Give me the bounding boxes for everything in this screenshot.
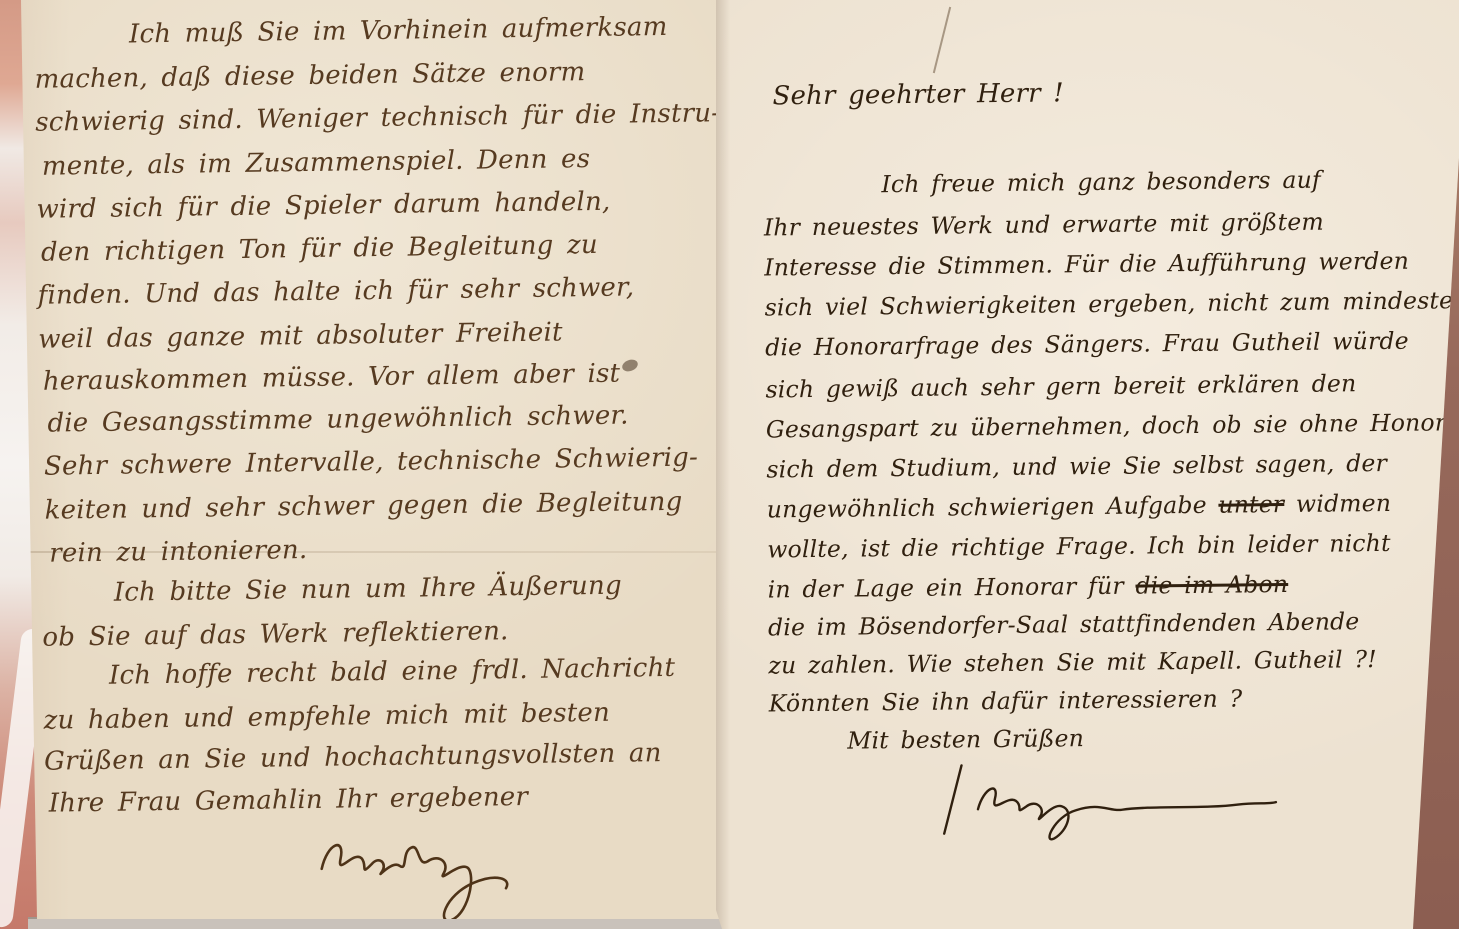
handwriting-line: sich viel Schwierigkeiten ergeben, nicht… <box>765 286 1459 321</box>
handwriting-line: zu zahlen. Wie stehen Sie mit Kapell. Gu… <box>768 645 1377 679</box>
handwriting-line: Ich bitte Sie nun um Ihre Äußerung <box>114 571 622 608</box>
line-segment: ungewöhnlich schwierigen Aufgabe <box>767 491 1207 524</box>
left-page-text: Ich muß Sie im Vorhinein aufmerksam mach… <box>34 0 737 924</box>
handwriting-line: herauskommen müsse. Vor allem aber ist <box>43 359 621 397</box>
handwriting-line: finden. Und das halte ich für sehr schwe… <box>37 272 634 310</box>
handwriting-line: Ich freue mich ganz besonders auf <box>881 166 1321 199</box>
signature-flourish <box>313 819 576 927</box>
handwriting-line: sich dem Studium, und wie Sie selbst sag… <box>766 449 1387 483</box>
closing-greeting-line: Mit besten Grüßen <box>847 724 1084 754</box>
handwriting-line: Ihr neuestes Werk und erwarte mit größte… <box>764 208 1324 242</box>
handwriting-line: schwierig sind. Weniger technisch für di… <box>35 98 720 138</box>
salutation-line: Sehr geehrter Herr ! <box>772 78 1064 111</box>
handwriting-line: Ihre Frau Gemahlin Ihr ergebener <box>49 782 529 819</box>
handwriting-line: Ich muß Sie im Vorhinein aufmerksam <box>129 12 668 50</box>
line-segment: widmen <box>1296 489 1391 518</box>
struck-word: unter <box>1218 490 1284 519</box>
right-page-text: Sehr geehrter Herr ! Ich freue mich ganz… <box>762 0 1459 929</box>
handwriting-line: ob Sie auf das Werk reflektieren. <box>42 616 509 653</box>
handwriting-line: Könnten Sie ihn dafür interessieren ? <box>769 684 1243 717</box>
handwriting-line: zu haben und empfehle mich mit besten <box>43 698 610 736</box>
struck-words: die im Abon <box>1135 570 1288 600</box>
signature-flourish <box>937 754 1282 858</box>
letter-page-left: Ich muß Sie im Vorhinein aufmerksam mach… <box>0 0 734 919</box>
letter-photograph: Ich muß Sie im Vorhinein aufmerksam mach… <box>0 0 1459 929</box>
handwriting-line-with-strike: ungewöhnlich schwierigen Aufgabe unter w… <box>767 489 1392 524</box>
line-segment: in der Lage ein Honorar für <box>768 572 1124 604</box>
handwriting-line: die Honorarfrage des Sängers. Frau Guthe… <box>765 327 1409 362</box>
handwriting-line: Grüßen an Sie und hochachtungsvollsten a… <box>44 738 662 777</box>
handwriting-line: die Gesangsstimme ungewöhnlich schwer. <box>47 401 629 439</box>
handwriting-line: rein zu intonieren. <box>49 535 307 569</box>
handwriting-line: Sehr schwere Intervalle, technische Schw… <box>44 443 698 482</box>
handwriting-line: keiten und sehr schwer gegen die Begleit… <box>44 487 682 526</box>
handwriting-line-with-strike: in der Lage ein Honorar für die im Abon <box>768 570 1289 603</box>
handwriting-line: den richtigen Ton für die Begleitung zu <box>41 230 598 268</box>
handwriting-line: die im Bösendorfer-Saal stattfindenden A… <box>768 607 1360 641</box>
handwriting-line: machen, daß diese beiden Sätze enorm <box>34 57 585 95</box>
handwriting-line: weil das ganze mit absoluter Freiheit <box>38 317 563 354</box>
handwriting-line: Ich hoffe recht bald eine frdl. Nachrich… <box>109 653 676 691</box>
handwriting-line: mente, als im Zusammenspiel. Denn es <box>42 144 591 182</box>
handwriting-line: Interesse die Stimmen. Für die Aufführun… <box>764 247 1409 282</box>
handwriting-line: wollte, ist die richtige Frage. Ich bin … <box>767 529 1391 564</box>
handwriting-line: sich gewiß auch sehr gern bereit erkläre… <box>765 369 1356 403</box>
letter-page-right: Sehr geehrter Herr ! Ich freue mich ganz… <box>716 0 1459 929</box>
handwriting-line: Gesangspart zu übernehmen, doch ob sie o… <box>766 408 1459 443</box>
handwriting-line: wird sich für die Spieler darum handeln, <box>36 187 610 225</box>
